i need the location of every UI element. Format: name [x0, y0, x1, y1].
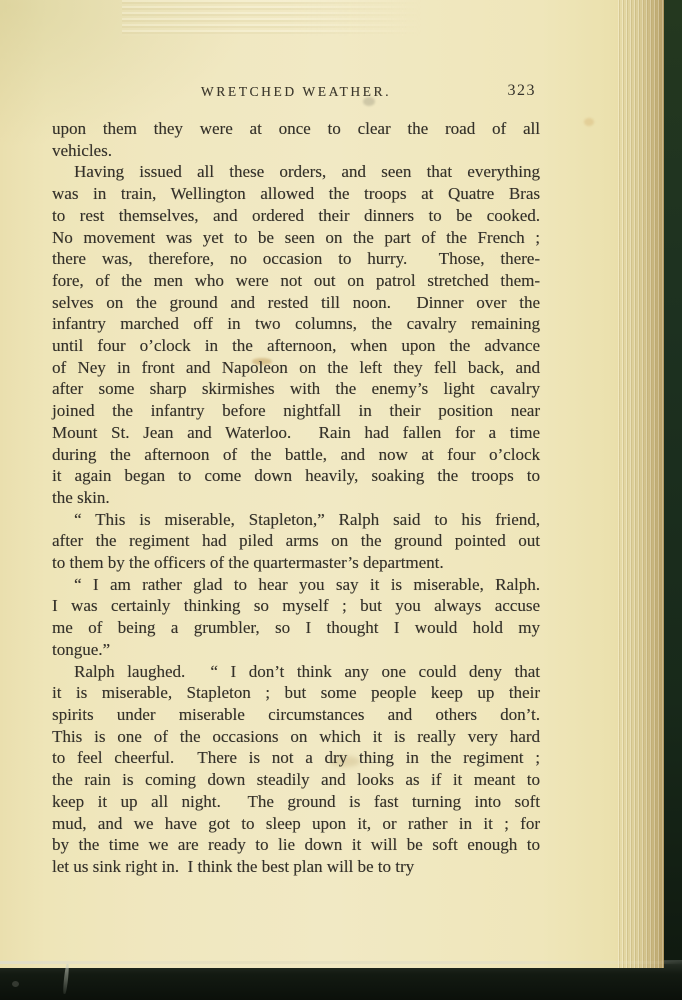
running-title: WRETCHED WEATHER. [52, 84, 540, 100]
book-page-photo: WRETCHED WEATHER. 323 upon them they wer… [0, 0, 682, 1000]
page-number: 323 [508, 82, 537, 100]
text-line: during the afternoon of the battle, and … [52, 444, 540, 466]
text-line: This is one of the occasions on which it… [52, 726, 540, 748]
page-top-edge-blur [122, 0, 422, 36]
text-line: Mount St. Jean and Waterloo. Rain had fa… [52, 422, 540, 444]
text-line: Having issued all these orders, and seen… [52, 161, 540, 183]
text-line: “ I am rather glad to hear you say it is… [52, 574, 540, 596]
text-line: to rest themselves, and ordered their di… [52, 205, 540, 227]
page-header: WRETCHED WEATHER. 323 [52, 84, 540, 99]
debris-speck [12, 981, 19, 987]
text-line: let us sink right in. I think the best p… [52, 856, 540, 878]
text-line: mud, and we have got to sleep upon it, o… [52, 813, 540, 835]
text-line: spirits under miserable circumstances an… [52, 704, 540, 726]
paragraph: “ I am rather glad to hear you say it is… [52, 574, 540, 661]
paragraph: Ralph laughed. “ I don’t think any one c… [52, 661, 540, 878]
text-line: Ralph laughed. “ I don’t think any one c… [52, 661, 540, 683]
text-line: selves on the ground and rested till noo… [52, 292, 540, 314]
text-line: me of being a grumbler, so I thought I w… [52, 617, 540, 639]
paragraph: upon them they were at once to clear the… [52, 118, 540, 161]
text-line: after the regiment had piled arms on the… [52, 530, 540, 552]
paper-stain [584, 118, 594, 126]
paragraph: “ This is miserable, Stapleton,” Ralph s… [52, 509, 540, 574]
text-line: of Ney in front and Napoleon on the left… [52, 357, 540, 379]
text-line: the skin. [52, 487, 540, 509]
page-text: upon them they were at once to clear the… [52, 118, 540, 878]
text-line: tongue.” [52, 639, 540, 661]
text-line: the rain is coming down steadily and loo… [52, 769, 540, 791]
text-line: it again began to come down heavily, soa… [52, 465, 540, 487]
book-page: WRETCHED WEATHER. 323 upon them they wer… [0, 0, 664, 968]
text-line: it is miserable, Stapleton ; but some pe… [52, 682, 540, 704]
text-line: upon them they were at once to clear the… [52, 118, 540, 140]
text-line: by the time we are ready to lie down it … [52, 834, 540, 856]
text-line: after some sharp skirmishes with the ene… [52, 378, 540, 400]
text-line: keep it up all night. The ground is fast… [52, 791, 540, 813]
page-edge-stack [618, 0, 664, 968]
text-block: WRETCHED WEATHER. 323 upon them they wer… [52, 84, 540, 878]
text-line: was in train, Wellington allowed the tro… [52, 183, 540, 205]
text-line: to them by the officers of the quarterma… [52, 552, 540, 574]
page-bottom-edge-highlight [0, 961, 682, 964]
text-line: No movement was yet to be seen on the pa… [52, 227, 540, 249]
text-line: fore, of the men who were not out on pat… [52, 270, 540, 292]
text-line: I was certainly thinking so myself ; but… [52, 595, 540, 617]
text-line: there was, therefore, no occasion to hur… [52, 248, 540, 270]
text-line: joined the infantry before nightfall in … [52, 400, 540, 422]
text-line: “ This is miserable, Stapleton,” Ralph s… [52, 509, 540, 531]
paragraph: Having issued all these orders, and seen… [52, 161, 540, 508]
text-line: until four o’clock in the afternoon, whe… [52, 335, 540, 357]
text-line: infantry marched off in two columns, the… [52, 313, 540, 335]
text-line: to feel cheerful. There is not a dry thi… [52, 747, 540, 769]
text-line: vehicles. [52, 140, 540, 162]
